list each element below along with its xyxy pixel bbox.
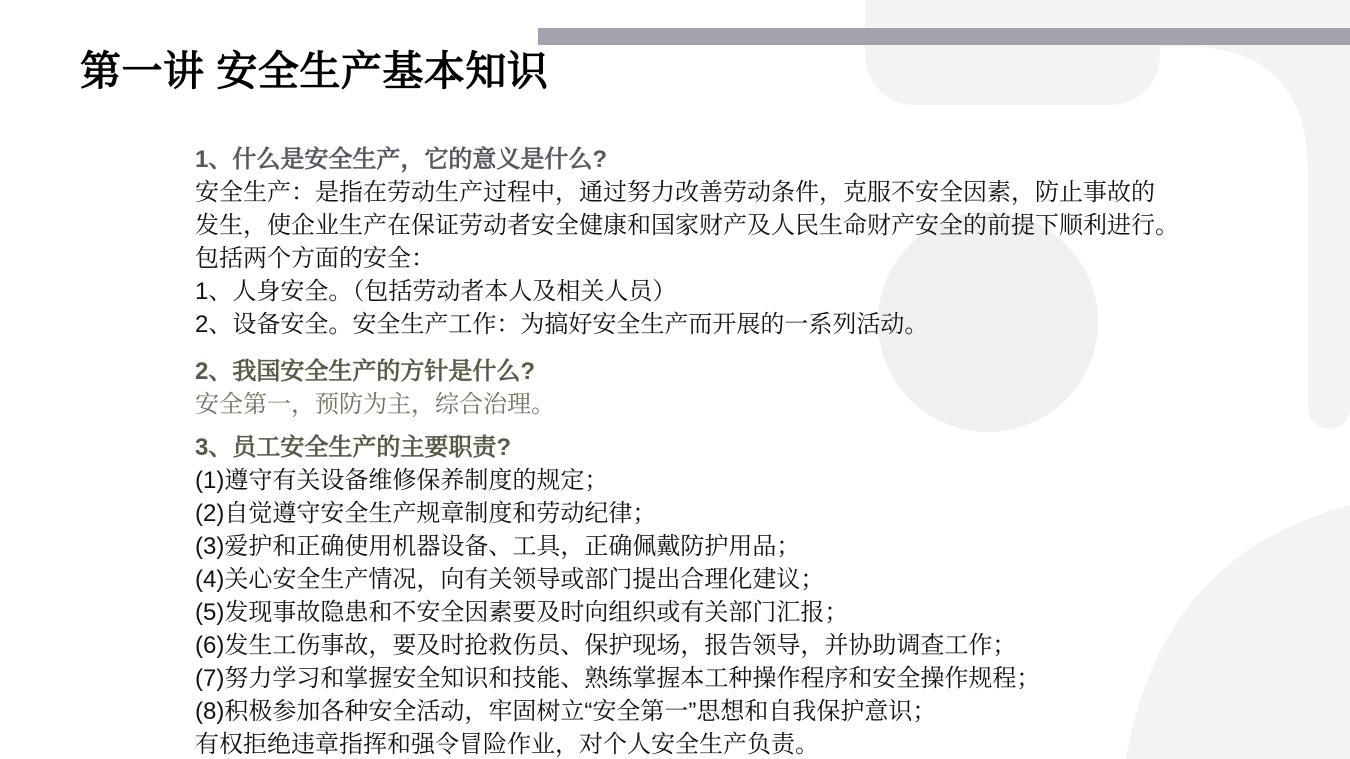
section-what-is-safety: 1、什么是安全生产，它的意义是什么? 安全生产：是指在劳动生产过程中，通过努力改… <box>195 143 1195 341</box>
section2-answer: 安全第一，预防为主，综合治理。 <box>195 388 1195 421</box>
duty-line: (8)积极参加各种安全活动，牢固树立“安全第一”思想和自我保护意识； <box>195 695 1195 728</box>
duty-line: (6)发生工伤事故，要及时抢救伤员、保护现场，报告领导，并协助调查工作； <box>195 629 1195 662</box>
section3-heading: 3、员工安全生产的主要职责? <box>195 431 1195 464</box>
section-safety-policy: 2、我国安全生产的方针是什么? 安全第一，预防为主，综合治理。 <box>195 355 1195 421</box>
section1-heading: 1、什么是安全生产，它的意义是什么? <box>195 143 1195 176</box>
slide-title: 第一讲 安全生产基本知识 <box>80 48 548 94</box>
duty-line: (2)自觉遵守安全生产规章制度和劳动纪律； <box>195 497 1195 530</box>
duty-line: (3)爱护和正确使用机器设备、工具，正确佩戴防护用品； <box>195 530 1195 563</box>
presentation-slide: 第一讲 安全生产基本知识 1、什么是安全生产，它的意义是什么? 安全生产：是指在… <box>0 0 1350 759</box>
duty-line: (4)关心安全生产情况，向有关领导或部门提出合理化建议； <box>195 563 1195 596</box>
body-line: 1、人身安全。（包括劳动者本人及相关人员） <box>195 275 1195 308</box>
section2-heading: 2、我国安全生产的方针是什么? <box>195 355 1195 388</box>
deco-top-band <box>865 0 1160 105</box>
body-line: 发生，使企业生产在保证劳动者安全健康和国家财产及人民生命财产安全的前提下顺利进行… <box>195 209 1195 242</box>
body-line: 2、设备安全。安全生产工作：为搞好安全生产而开展的一系列活动。 <box>195 308 1195 341</box>
section-employee-duties: 3、员工安全生产的主要职责? (1)遵守有关设备维修保养制度的规定； (2)自觉… <box>195 431 1195 759</box>
duty-line: (5)发现事故隐患和不安全因素要及时向组织或有关部门汇报； <box>195 596 1195 629</box>
body-line: 安全生产：是指在劳动生产过程中，通过努力改善劳动条件，克服不安全因素，防止事故的 <box>195 176 1195 209</box>
duty-line: (1)遵守有关设备维修保养制度的规定； <box>195 464 1195 497</box>
body-line: 包括两个方面的安全： <box>195 242 1195 275</box>
duty-line: 有权拒绝违章指挥和强令冒险作业，对个人安全生产负责。 <box>195 728 1195 759</box>
slide-body: 1、什么是安全生产，它的意义是什么? 安全生产：是指在劳动生产过程中，通过努力改… <box>195 143 1195 759</box>
accent-bar <box>538 28 1350 45</box>
duty-line: (7)努力学习和掌握安全知识和技能、熟练掌握本工种操作程序和安全操作规程； <box>195 662 1195 695</box>
